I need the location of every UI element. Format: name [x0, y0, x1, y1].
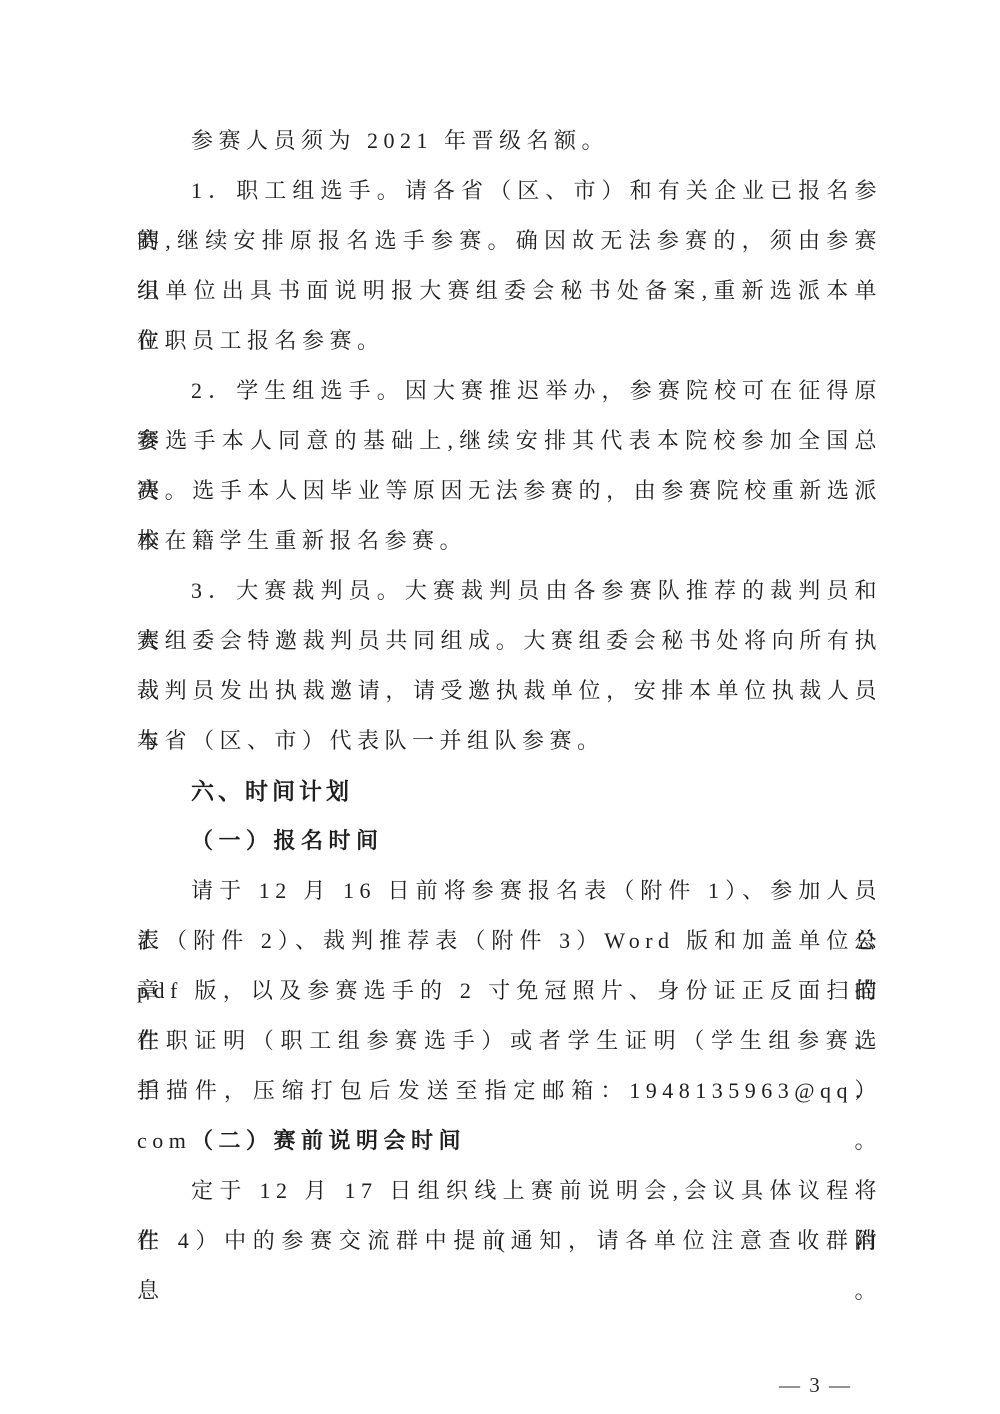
text-line: 的,继续安排原报名选手参赛。确因故无法参赛的，须由参赛组 — [137, 216, 882, 266]
text-line: 请于 12 月 16 日前将参赛报名表（附件 1）、参加人员汇总 — [137, 866, 882, 916]
text-line: 在职员工报名参赛。 — [137, 316, 882, 366]
text-line: 本省（区、市）代表队一并组队参赛。 — [137, 716, 882, 766]
document-page: 参赛人员须为 2021 年晋级名额。 1．职工组选手。请各省（区、市）和有关企业… — [0, 0, 1000, 1414]
text-line: 参赛人员须为 2021 年晋级名额。 — [137, 116, 882, 166]
text-line: 定于 12 月 17 日组织线上赛前说明会,会议具体议程将在( 附 — [137, 1166, 882, 1216]
document-body: 参赛人员须为 2021 年晋级名额。 1．职工组选手。请各省（区、市）和有关企业… — [137, 116, 882, 1266]
text-line: 扫描件，压缩打包后发送至指定邮箱：1948135963@qq．com。 — [137, 1066, 882, 1116]
text-line: 表（附件 2）、裁判推荐表（附件 3）Word 版和加盖单位公章的 — [137, 916, 882, 966]
text-line: 裁判员发出执裁邀请，请受邀执裁单位，安排本单位执裁人员与 — [137, 666, 882, 716]
section-heading-time-plan: 六、时间计划 — [137, 766, 882, 816]
text-line: pdf 版，以及参赛选手的 2 寸免冠照片、身份证正反面扫描件、 — [137, 966, 882, 1016]
text-line: 件 4）中的参赛交流群中提前通知，请各单位注意查收群消息。 — [137, 1216, 882, 1266]
text-line: 1．职工组选手。请各省（区、市）和有关企业已报名参赛 — [137, 166, 882, 216]
text-line: 3．大赛裁判员。大赛裁判员由各参赛队推荐的裁判员和大 — [137, 566, 882, 616]
text-line: 2．学生组选手。因大赛推迟举办，参赛院校可在征得原参 — [137, 366, 882, 416]
page-number: — 3 — — [779, 1370, 852, 1400]
subsection-heading-registration-time: （一）报名时间 — [137, 816, 882, 866]
text-line: 在职证明（职工组参赛选手）或者学生证明（学生组参赛选手） — [137, 1016, 882, 1066]
text-line: 织单位出具书面说明报大赛组委会秘书处备案,重新选派本单位 — [137, 266, 882, 316]
text-line: 赛选手本人同意的基础上,继续安排其代表本院校参加全国总决 — [137, 416, 882, 466]
text-line: 校在籍学生重新报名参赛。 — [137, 516, 882, 566]
text-line: 赛组委会特邀裁判员共同组成。大赛组委会秘书处将向所有执裁 — [137, 616, 882, 666]
text-line: 赛。选手本人因毕业等原因无法参赛的，由参赛院校重新选派本 — [137, 466, 882, 516]
